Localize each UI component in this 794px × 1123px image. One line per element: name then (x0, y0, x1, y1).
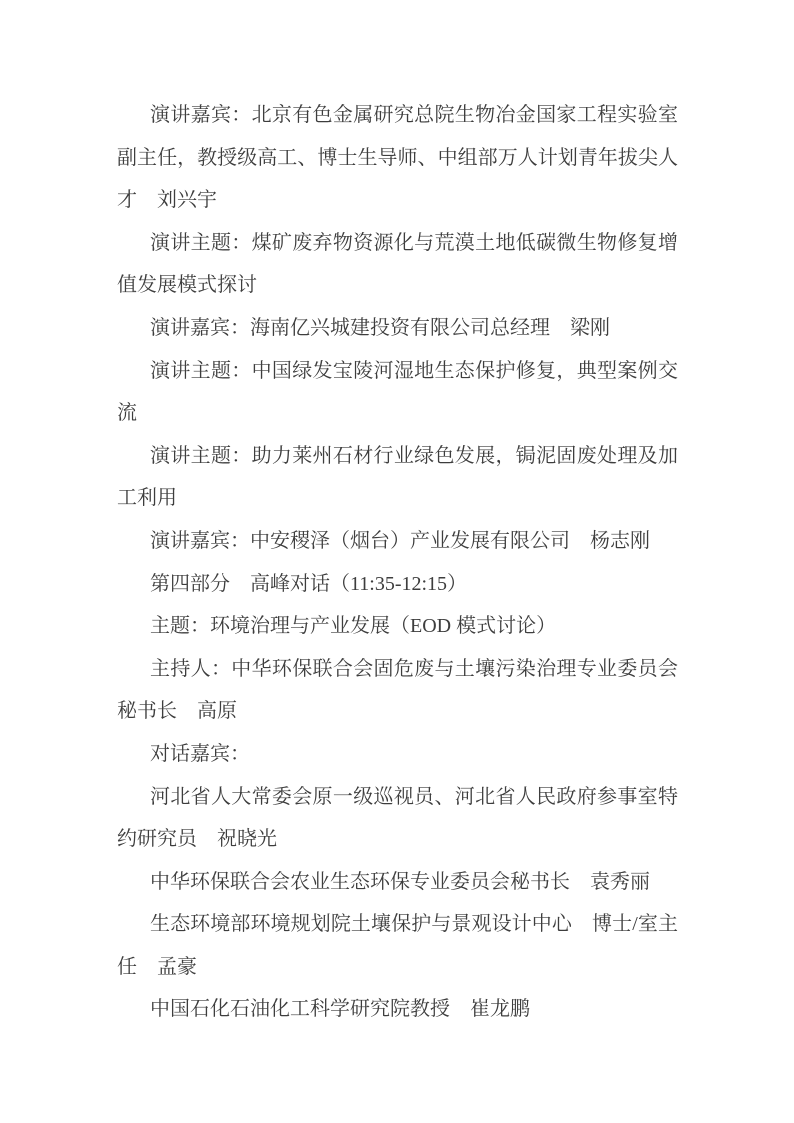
paragraph-speaker-yang-zhigang: 演讲嘉宾：中安稷泽（烟台）产业发展有限公司 杨志刚 (117, 520, 678, 563)
paragraph-guest-zhu-xiaoguang: 河北省人大常委会原一级巡视员、河北省人民政府参事室特约研究员 祝晓光 (117, 776, 678, 861)
paragraph-section-four-heading: 第四部分 高峰对话（11:35-12:15） (117, 563, 678, 606)
paragraph-topic-coal-mine-waste: 演讲主题：煤矿废弃物资源化与荒漠土地低碳微生物修复增值发展模式探讨 (117, 222, 678, 307)
paragraph-topic-laizhou-stone: 演讲主题：助力莱州石材行业绿色发展，锔泥固废处理及加工利用 (117, 435, 678, 520)
document-content: 演讲嘉宾：北京有色金属研究总院生物冶金国家工程实验室副主任，教授级高工、博士生导… (117, 94, 678, 1031)
paragraph-speaker-liang-gang: 演讲嘉宾：海南亿兴城建投资有限公司总经理 梁刚 (117, 307, 678, 350)
paragraph-guest-cui-longpeng: 中国石化石油化工科学研究院教授 崔龙鹏 (117, 988, 678, 1031)
paragraph-dialogue-theme: 主题：环境治理与产业发展（EOD 模式讨论） (117, 605, 678, 648)
paragraph-guest-meng-hao: 生态环境部环境规划院土壤保护与景观设计中心 博士/室主任 孟豪 (117, 903, 678, 988)
paragraph-speaker-liu-xingyu: 演讲嘉宾：北京有色金属研究总院生物冶金国家工程实验室副主任，教授级高工、博士生导… (117, 94, 678, 222)
document-page: 演讲嘉宾：北京有色金属研究总院生物冶金国家工程实验室副主任，教授级高工、博士生导… (0, 0, 794, 1123)
paragraph-dialogue-guests-label: 对话嘉宾： (117, 733, 678, 776)
paragraph-host-gao-yuan: 主持人：中华环保联合会固危废与土壤污染治理专业委员会秘书长 高原 (117, 648, 678, 733)
paragraph-guest-yuan-xiuli: 中华环保联合会农业生态环保专业委员会秘书长 袁秀丽 (117, 861, 678, 904)
paragraph-topic-baoling-river-wetland: 演讲主题：中国绿发宝陵河湿地生态保护修复，典型案例交流 (117, 350, 678, 435)
